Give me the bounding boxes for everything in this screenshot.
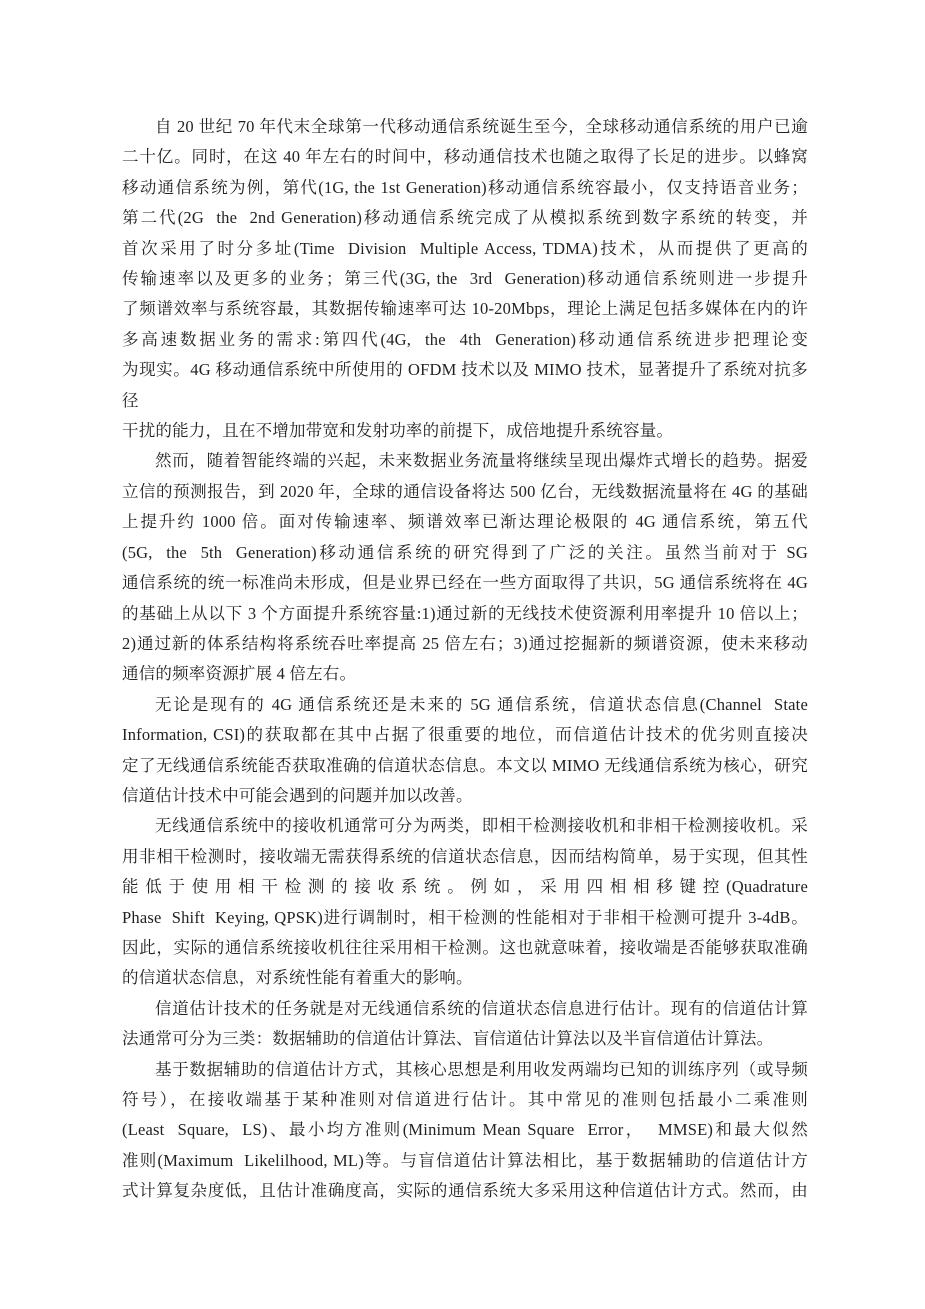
text-line: Information, CSI)的获取都在其中占据了很重要的地位，而信道估计技…	[122, 720, 808, 750]
text-line: 因此，实际的通信系统接收机往往采用相干检测。这也就意味着，接收端是否能够获取准确	[122, 933, 808, 963]
text-line: 通信的频率资源扩展 4 倍左右。	[122, 659, 808, 689]
paragraph-4: 无线通信系统中的接收机通常可分为两类，即相干检测接收机和非相干检测接收机。采 用…	[122, 811, 808, 993]
text-line: 式计算复杂度低，且估计准确度高，实际的通信系统大多采用这种信道估计方式。然而，由	[122, 1176, 808, 1206]
text-line: (5G, the 5th Generation)移动通信系统的研究得到了广泛的关…	[122, 538, 808, 568]
text-line: 传输速率以及更多的业务；第三代(3G, the 3rd Generation)移…	[122, 264, 808, 294]
paragraph-5: 信道估计技术的任务就是对无线通信系统的信道状态信息进行估计。现有的信道估计算 法…	[122, 994, 808, 1055]
text-line: 的信道状态信息，对系统性能有着重大的影响。	[122, 963, 808, 993]
paragraph-2: 然而，随着智能终端的兴起，未来数据业务流量将继续呈现出爆炸式增长的趋势。据爱 立…	[122, 446, 808, 689]
text-line: 首次采用了时分多址(Time Division Multiple Access,…	[122, 234, 808, 264]
text-line: 基于数据辅助的信道估计方式，其核心思想是利用收发两端均已知的训练序列（或导频	[122, 1055, 808, 1085]
text-block: 自 20 世纪 70 年代末全球第一代移动通信系统诞生至今，全球移动通信系统的用…	[122, 112, 808, 1207]
text-line: 干扰的能力，且在不增加带宽和发射功率的前提下，成倍地提升系统容量。	[122, 416, 808, 446]
text-line: 二十亿。同时，在这 40 年左右的时间中，移动通信技术也随之取得了长足的进步。以…	[122, 142, 808, 172]
text-line: 立信的预测报告，到 2020 年，全球的通信设备将达 500 亿台，无线数据流量…	[122, 477, 808, 507]
text-line: 用非相干检测时，接收端无需获得系统的信道状态信息，因而结构简单，易于实现，但其性	[122, 842, 808, 872]
text-line: 准则(Maximum Likelilhood, ML)等。与盲信道估计算法相比，…	[122, 1146, 808, 1176]
text-line: 信道估计技术中可能会遇到的问题并加以改善。	[122, 781, 808, 811]
text-line: 能低于使用相干检测的接收系统。例如，采用四相相移键控(Quadrature	[122, 872, 808, 902]
text-line: 定了无线通信系统能否获取准确的信道状态信息。本文以 MIMO 无线通信系统为核心…	[122, 751, 808, 781]
text-line: 第二代(2G the 2nd Generation)移动通信系统完成了从模拟系统…	[122, 203, 808, 233]
document-page: 自 20 世纪 70 年代末全球第一代移动通信系统诞生至今，全球移动通信系统的用…	[0, 0, 925, 1309]
paragraph-3: 无论是现有的 4G 通信系统还是未来的 5G 通信系统，信道状态信息(Chann…	[122, 690, 808, 812]
text-line: 上提升约 1000 倍。面对传输速率、频谱效率已渐达理论极限的 4G 通信系统，…	[122, 507, 808, 537]
text-line: 无论是现有的 4G 通信系统还是未来的 5G 通信系统，信道状态信息(Chann…	[122, 690, 808, 720]
text-line: (Least Square, LS)、最小均方准则(Minimum Mean S…	[122, 1115, 808, 1145]
text-line: 移动通信系统为例，第代(1G, the 1st Generation)移动通信系…	[122, 173, 808, 203]
text-line: 然而，随着智能终端的兴起，未来数据业务流量将继续呈现出爆炸式增长的趋势。据爱	[122, 446, 808, 476]
text-line: 了频谱效率与系统容最，其数据传输速率可达 10-20Mbps，理论上满足包括多媒…	[122, 294, 808, 324]
text-line: 通信系统的统一标准尚未形成，但是业界已经在一些方面取得了共识，5G 通信系统将在…	[122, 568, 808, 598]
text-line: 符号），在接收端基于某种准则对信道进行估计。其中常见的准则包括最小二乘准则	[122, 1085, 808, 1115]
text-line: 为现实。4G 移动通信系统中所使用的 OFDM 技术以及 MIMO 技术，显著提…	[122, 355, 808, 416]
text-line: 法通常可分为三类：数据辅助的信道估计算法、盲信道估计算法以及半盲信道估计算法。	[122, 1024, 808, 1054]
text-line: 信道估计技术的任务就是对无线通信系统的信道状态信息进行估计。现有的信道估计算	[122, 994, 808, 1024]
text-line: Phase Shift Keying, QPSK)进行调制时，相干检测的性能相对…	[122, 903, 808, 933]
text-line: 无线通信系统中的接收机通常可分为两类，即相干检测接收机和非相干检测接收机。采	[122, 811, 808, 841]
text-line: 多高速数据业务的需求:第四代(4G, the 4th Generation)移动…	[122, 325, 808, 355]
paragraph-1: 自 20 世纪 70 年代末全球第一代移动通信系统诞生至今，全球移动通信系统的用…	[122, 112, 808, 446]
text-line: 自 20 世纪 70 年代末全球第一代移动通信系统诞生至今，全球移动通信系统的用…	[122, 112, 808, 142]
text-line: 2)通过新的体系结构将系统吞吐率提高 25 倍左右；3)通过挖掘新的频谱资源，使…	[122, 629, 808, 659]
text-line: 的基础上从以下 3 个方面提升系统容量:1)通过新的无线技术使资源利用率提升 1…	[122, 599, 808, 629]
paragraph-6: 基于数据辅助的信道估计方式，其核心思想是利用收发两端均已知的训练序列（或导频 符…	[122, 1055, 808, 1207]
